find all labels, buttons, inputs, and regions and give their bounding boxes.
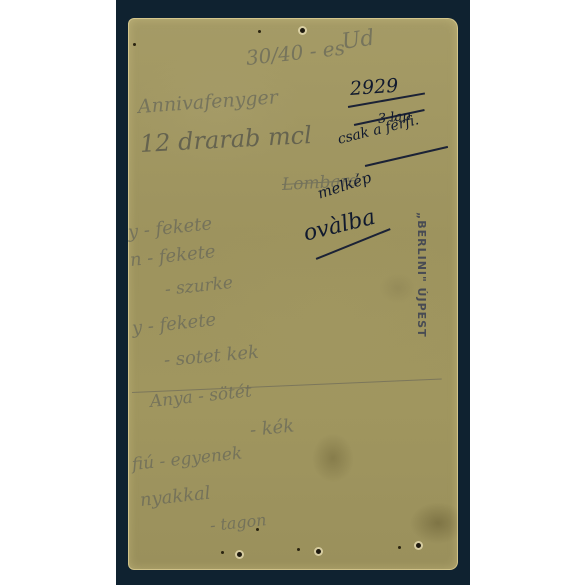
pin-hole [300, 28, 305, 33]
pin-hole [221, 551, 224, 554]
pin-hole [237, 552, 242, 557]
pin-hole [297, 548, 300, 551]
pin-hole [258, 30, 261, 33]
pin-hole [398, 546, 401, 549]
pin-hole [416, 543, 421, 548]
photographer-stamp: „BERLINI" ÚJPEST [415, 212, 428, 338]
pin-hole [133, 43, 136, 46]
pin-hole [316, 549, 321, 554]
pencil-note-ud: Ud [340, 26, 376, 55]
ink-note-number: 2929 [349, 75, 399, 100]
